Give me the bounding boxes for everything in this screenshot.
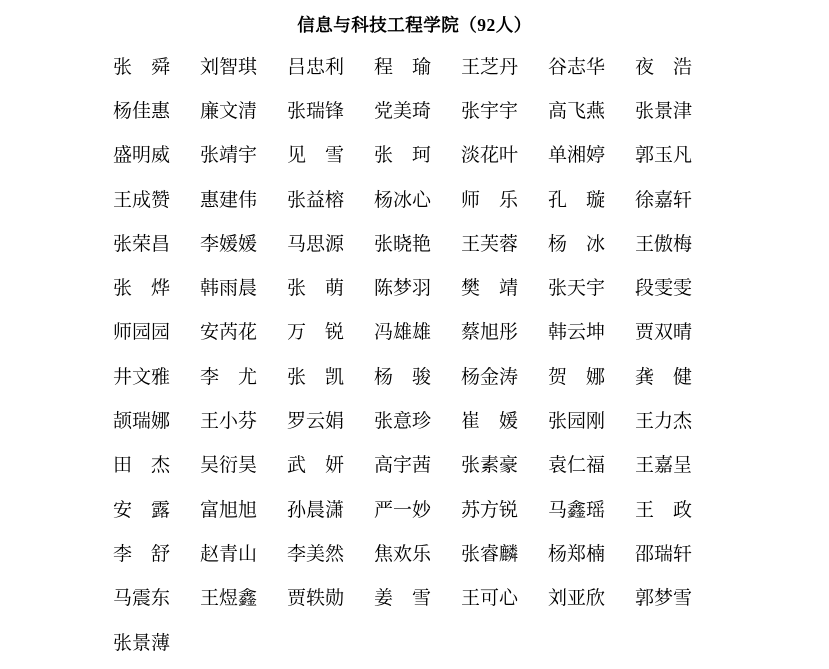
name-item: 姜 雪 bbox=[374, 589, 431, 608]
name-item: 苏方锐 bbox=[461, 501, 518, 520]
name-item: 杨郑楠 bbox=[548, 545, 605, 564]
name-item: 田 杰 bbox=[113, 456, 170, 475]
name-item: 贺 娜 bbox=[548, 368, 605, 387]
name-item: 党美琦 bbox=[374, 102, 431, 121]
name-item: 李美然 bbox=[287, 545, 344, 564]
name-item: 张景津 bbox=[635, 102, 692, 121]
name-item: 张景薄 bbox=[113, 634, 170, 653]
name-item: 郭梦雪 bbox=[635, 589, 692, 608]
name-item: 安芮花 bbox=[200, 323, 257, 342]
name-item: 王傲梅 bbox=[635, 235, 692, 254]
name-item: 刘亚欣 bbox=[548, 589, 605, 608]
name-item: 吴衍昊 bbox=[200, 456, 257, 475]
name-item: 王芙蓉 bbox=[461, 235, 518, 254]
name-item: 龚 健 bbox=[635, 368, 692, 387]
name-item: 武 妍 bbox=[287, 456, 344, 475]
name-item: 富旭旭 bbox=[200, 501, 257, 520]
name-item: 刘智琪 bbox=[200, 58, 257, 77]
name-item: 夜 浩 bbox=[635, 58, 692, 77]
name-item: 杨 骏 bbox=[374, 368, 431, 387]
name-item: 王小芬 bbox=[200, 412, 257, 431]
name-item: 师园园 bbox=[113, 323, 170, 342]
name-item: 万 锐 bbox=[287, 323, 344, 342]
name-item: 张 凯 bbox=[287, 368, 344, 387]
name-item: 袁仁福 bbox=[548, 456, 605, 475]
name-item: 张 萌 bbox=[287, 279, 344, 298]
name-item: 杨佳惠 bbox=[113, 102, 170, 121]
name-item: 张荣昌 bbox=[113, 235, 170, 254]
name-item: 王煜鑫 bbox=[200, 589, 257, 608]
name-item: 颉瑞娜 bbox=[113, 412, 170, 431]
name-item: 杨 冰 bbox=[548, 235, 605, 254]
name-item: 李媛媛 bbox=[200, 235, 257, 254]
name-item: 井文雅 bbox=[113, 368, 170, 387]
name-item: 杨冰心 bbox=[374, 191, 431, 210]
page-title: 信息与科技工程学院（92人） bbox=[0, 0, 829, 36]
name-item: 程 瑜 bbox=[374, 58, 431, 77]
name-item: 张晓艳 bbox=[374, 235, 431, 254]
name-item: 王嘉呈 bbox=[635, 456, 692, 475]
name-item: 李 尤 bbox=[200, 368, 257, 387]
name-item: 张瑞锋 bbox=[287, 102, 344, 121]
name-item: 张园刚 bbox=[548, 412, 605, 431]
name-item: 焦欢乐 bbox=[374, 545, 431, 564]
name-item: 师 乐 bbox=[461, 191, 518, 210]
name-item: 贾轶勋 bbox=[287, 589, 344, 608]
name-item: 廉文清 bbox=[200, 102, 257, 121]
name-item: 王可心 bbox=[461, 589, 518, 608]
name-item: 樊 靖 bbox=[461, 279, 518, 298]
name-item: 杨金涛 bbox=[461, 368, 518, 387]
name-item: 王成赞 bbox=[113, 191, 170, 210]
name-item: 韩云坤 bbox=[548, 323, 605, 342]
name-item: 张 珂 bbox=[374, 146, 431, 165]
document-page: 信息与科技工程学院（92人） 张 舜刘智琪吕忠利程 瑜王芝丹谷志华夜 浩杨佳惠廉… bbox=[0, 0, 829, 669]
name-item: 淡花叶 bbox=[461, 146, 518, 165]
name-item: 崔 媛 bbox=[461, 412, 518, 431]
name-item: 孔 璇 bbox=[548, 191, 605, 210]
name-item: 惠建伟 bbox=[200, 191, 257, 210]
name-item: 王 政 bbox=[635, 501, 692, 520]
name-item: 安 露 bbox=[113, 501, 170, 520]
name-item: 张靖宇 bbox=[200, 146, 257, 165]
name-item: 马震东 bbox=[113, 589, 170, 608]
name-item: 高宇茜 bbox=[374, 456, 431, 475]
name-item: 孙晨潇 bbox=[287, 501, 344, 520]
name-item: 贾双晴 bbox=[635, 323, 692, 342]
name-item: 段雯雯 bbox=[635, 279, 692, 298]
name-item: 蔡旭彤 bbox=[461, 323, 518, 342]
name-item: 李 舒 bbox=[113, 545, 170, 564]
name-item: 张天宇 bbox=[548, 279, 605, 298]
name-item: 张意珍 bbox=[374, 412, 431, 431]
name-item: 冯雄雄 bbox=[374, 323, 431, 342]
name-item: 单湘婷 bbox=[548, 146, 605, 165]
name-item: 王力杰 bbox=[635, 412, 692, 431]
name-item: 王芝丹 bbox=[461, 58, 518, 77]
name-item: 张益榕 bbox=[287, 191, 344, 210]
name-grid: 张 舜刘智琪吕忠利程 瑜王芝丹谷志华夜 浩杨佳惠廉文清张瑞锋党美琦张宇宇高飞燕张… bbox=[113, 45, 829, 665]
name-item: 张睿麟 bbox=[461, 545, 518, 564]
name-item: 张宇宇 bbox=[461, 102, 518, 121]
name-item: 郭玉凡 bbox=[635, 146, 692, 165]
name-item: 见 雪 bbox=[287, 146, 344, 165]
name-item: 陈梦羽 bbox=[374, 279, 431, 298]
name-item: 严一妙 bbox=[374, 501, 431, 520]
name-item: 马思源 bbox=[287, 235, 344, 254]
name-item: 盛明威 bbox=[113, 146, 170, 165]
name-item: 韩雨晨 bbox=[200, 279, 257, 298]
name-item: 张 烨 bbox=[113, 279, 170, 298]
name-item: 赵青山 bbox=[200, 545, 257, 564]
name-item: 高飞燕 bbox=[548, 102, 605, 121]
name-item: 罗云娟 bbox=[287, 412, 344, 431]
name-item: 张素豪 bbox=[461, 456, 518, 475]
name-item: 吕忠利 bbox=[287, 58, 344, 77]
name-item: 谷志华 bbox=[548, 58, 605, 77]
name-item: 马鑫瑶 bbox=[548, 501, 605, 520]
name-item: 邵瑞轩 bbox=[635, 545, 692, 564]
name-item: 张 舜 bbox=[113, 58, 170, 77]
name-item: 徐嘉轩 bbox=[635, 191, 692, 210]
